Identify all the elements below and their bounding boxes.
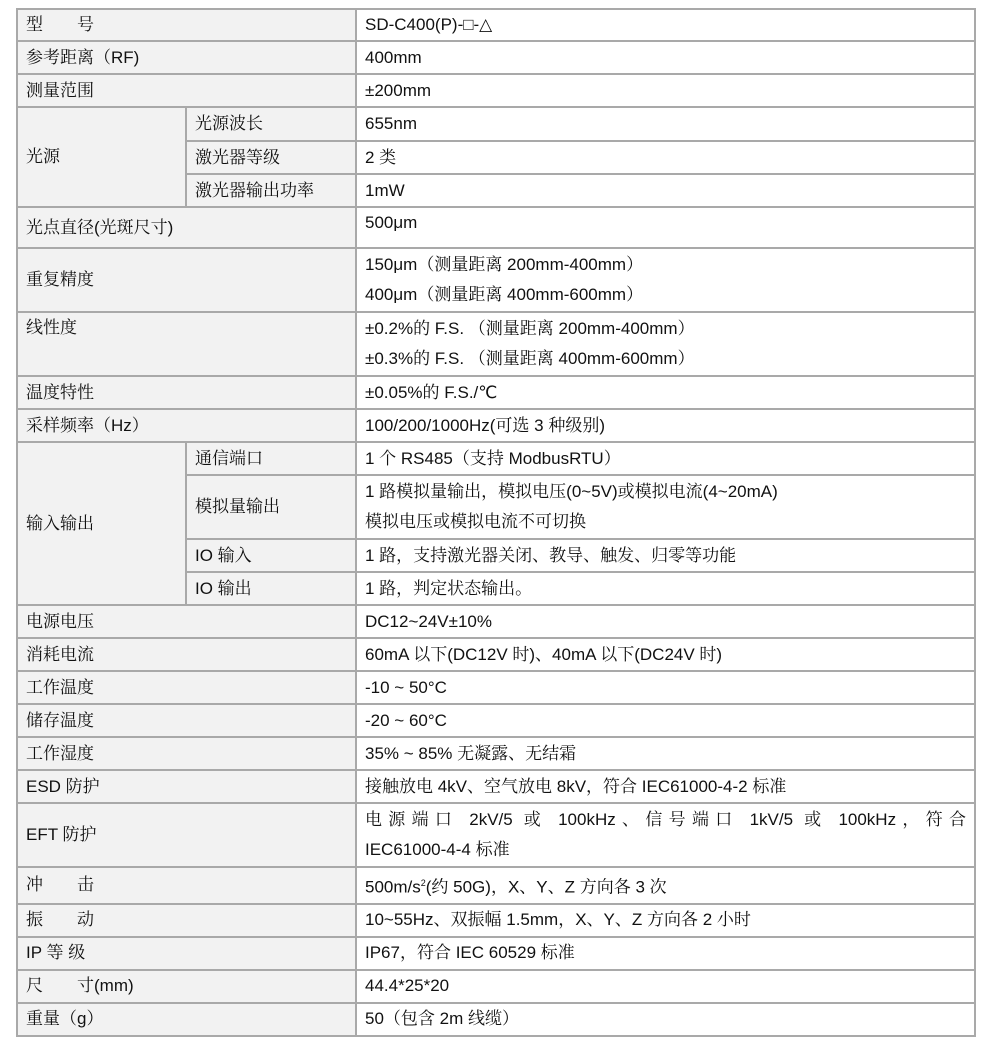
- table-row-operating-humidity: 工作湿度 35% ~ 85% 无凝露、无结霜: [17, 737, 975, 770]
- table-row-supply-voltage: 电源电压 DC12~24V±10%: [17, 605, 975, 638]
- table-row-model: 型 号 SD-C400(P)-□-△: [17, 9, 975, 41]
- table-row-ip-rating: IP 等 级 IP67，符合 IEC 60529 标准: [17, 937, 975, 970]
- table-row-operating-temperature: 工作温度 -10 ~ 50°C: [17, 671, 975, 704]
- label-ip-rating: IP 等 级: [17, 937, 356, 970]
- label-wavelength: 光源波长: [186, 107, 356, 141]
- value-storage-temperature: -20 ~ 60°C: [356, 704, 975, 737]
- value-measuring-range: ±200mm: [356, 74, 975, 107]
- table-row-linearity: 线性度 ±0.2%的 F.S. （测量距离 200mm-400mm） ±0.3%…: [17, 312, 975, 376]
- table-row-light-source-wavelength: 光源 光源波长 655nm: [17, 107, 975, 141]
- label-laser-power: 激光器输出功率: [186, 174, 356, 207]
- table-row-vibration: 振 动 10~55Hz、双振幅 1.5mm，X、Y、Z 方向各 2 小时: [17, 904, 975, 937]
- table-row-sampling-frequency: 采样频率（Hz） 100/200/1000Hz(可选 3 种级别): [17, 409, 975, 442]
- value-analog-output: 1 路模拟量输出，模拟电压(0~5V)或模拟电流(4~20mA) 模拟电压或模拟…: [356, 475, 975, 539]
- label-esd: ESD 防护: [17, 770, 356, 803]
- value-operating-temperature: -10 ~ 50°C: [356, 671, 975, 704]
- value-linearity: ±0.2%的 F.S. （测量距离 200mm-400mm） ±0.3%的 F.…: [356, 312, 975, 376]
- label-analog-output: 模拟量输出: [186, 475, 356, 539]
- label-weight: 重量（g）: [17, 1003, 356, 1036]
- repeatability-line-1: 150μm（测量距离 200mm-400mm）: [365, 250, 966, 280]
- value-shock: 500m/s2(约 50G)，X、Y、Z 方向各 3 次: [356, 867, 975, 904]
- table-row-temperature-characteristic: 温度特性 ±0.05%的 F.S./℃: [17, 376, 975, 409]
- label-supply-voltage: 电源电压: [17, 605, 356, 638]
- value-comm-port: 1 个 RS485（支持 ModbusRTU）: [356, 442, 975, 475]
- table-row-spot-diameter: 光点直径(光斑尺寸) 500μm: [17, 207, 975, 248]
- value-io-input: 1 路，支持激光器关闭、教导、触发、归零等功能: [356, 539, 975, 572]
- label-current-consumption: 消耗电流: [17, 638, 356, 671]
- table-row-measuring-range: 测量范围 ±200mm: [17, 74, 975, 107]
- label-operating-humidity: 工作湿度: [17, 737, 356, 770]
- table-row-repeatability: 重复精度 150μm（测量距离 200mm-400mm） 400μm（测量距离 …: [17, 248, 975, 312]
- value-esd: 接触放电 4kV、空气放电 8kV，符合 IEC61000-4-2 标准: [356, 770, 975, 803]
- linearity-line-1: ±0.2%的 F.S. （测量距离 200mm-400mm）: [365, 314, 966, 344]
- eft-line-2: IEC61000-4-4 标准: [365, 835, 966, 865]
- label-storage-temperature: 储存温度: [17, 704, 356, 737]
- table-row-current-consumption: 消耗电流 60mA 以下(DC12V 时)、40mA 以下(DC24V 时): [17, 638, 975, 671]
- value-weight: 50（包含 2m 线缆）: [356, 1003, 975, 1036]
- analog-output-line-1: 1 路模拟量输出，模拟电压(0~5V)或模拟电流(4~20mA): [365, 477, 966, 507]
- label-model: 型 号: [17, 9, 356, 41]
- label-measuring-range: 测量范围: [17, 74, 356, 107]
- table-row-dimensions: 尺 寸(mm) 44.4*25*20: [17, 970, 975, 1003]
- table-row-shock: 冲 击 500m/s2(约 50G)，X、Y、Z 方向各 3 次: [17, 867, 975, 904]
- label-io-output: IO 输出: [186, 572, 356, 605]
- shock-value-suffix: (约 50G)，X、Y、Z 方向各 3 次: [426, 878, 667, 897]
- table-row-esd: ESD 防护 接触放电 4kV、空气放电 8kV，符合 IEC61000-4-2…: [17, 770, 975, 803]
- value-model: SD-C400(P)-□-△: [356, 9, 975, 41]
- value-reference-distance: 400mm: [356, 41, 975, 74]
- value-temperature-characteristic: ±0.05%的 F.S./℃: [356, 376, 975, 409]
- value-wavelength: 655nm: [356, 107, 975, 141]
- value-supply-voltage: DC12~24V±10%: [356, 605, 975, 638]
- label-spot-diameter: 光点直径(光斑尺寸): [17, 207, 356, 248]
- value-io-output: 1 路，判定状态输出。: [356, 572, 975, 605]
- label-operating-temperature: 工作温度: [17, 671, 356, 704]
- table-row-reference-distance: 参考距离（RF) 400mm: [17, 41, 975, 74]
- value-vibration: 10~55Hz、双振幅 1.5mm，X、Y、Z 方向各 2 小时: [356, 904, 975, 937]
- eft-line-1: 电源端口 2kV/5 或 100kHz、信号端口 1kV/5 或 100kHz，…: [365, 805, 966, 835]
- label-light-source: 光源: [17, 107, 186, 207]
- label-comm-port: 通信端口: [186, 442, 356, 475]
- label-linearity: 线性度: [17, 312, 356, 376]
- value-repeatability: 150μm（测量距离 200mm-400mm） 400μm（测量距离 400mm…: [356, 248, 975, 312]
- value-laser-power: 1mW: [356, 174, 975, 207]
- analog-output-line-2: 模拟电压或模拟电流不可切换: [365, 507, 966, 537]
- shock-value-prefix: 500m/s: [365, 878, 421, 897]
- label-vibration: 振 动: [17, 904, 356, 937]
- label-shock: 冲 击: [17, 867, 356, 904]
- value-eft: 电源端口 2kV/5 或 100kHz、信号端口 1kV/5 或 100kHz，…: [356, 803, 975, 867]
- table-row-comm-port: 输入输出 通信端口 1 个 RS485（支持 ModbusRTU）: [17, 442, 975, 475]
- value-ip-rating: IP67，符合 IEC 60529 标准: [356, 937, 975, 970]
- value-current-consumption: 60mA 以下(DC12V 时)、40mA 以下(DC24V 时): [356, 638, 975, 671]
- table-row-weight: 重量（g） 50（包含 2m 线缆）: [17, 1003, 975, 1036]
- label-sampling-frequency: 采样频率（Hz）: [17, 409, 356, 442]
- label-laser-class: 激光器等级: [186, 141, 356, 174]
- label-io-input: IO 输入: [186, 539, 356, 572]
- value-spot-diameter: 500μm: [356, 207, 975, 248]
- table-row-storage-temperature: 储存温度 -20 ~ 60°C: [17, 704, 975, 737]
- value-operating-humidity: 35% ~ 85% 无凝露、无结霜: [356, 737, 975, 770]
- label-temperature-characteristic: 温度特性: [17, 376, 356, 409]
- repeatability-line-2: 400μm（测量距离 400mm-600mm）: [365, 280, 966, 310]
- label-eft: EFT 防护: [17, 803, 356, 867]
- label-dimensions: 尺 寸(mm): [17, 970, 356, 1003]
- value-sampling-frequency: 100/200/1000Hz(可选 3 种级别): [356, 409, 975, 442]
- label-reference-distance: 参考距离（RF): [17, 41, 356, 74]
- value-laser-class: 2 类: [356, 141, 975, 174]
- label-repeatability: 重复精度: [17, 248, 356, 312]
- table-row-eft: EFT 防护 电源端口 2kV/5 或 100kHz、信号端口 1kV/5 或 …: [17, 803, 975, 867]
- value-dimensions: 44.4*25*20: [356, 970, 975, 1003]
- label-io: 输入输出: [17, 442, 186, 605]
- spec-table: 型 号 SD-C400(P)-□-△ 参考距离（RF) 400mm 测量范围 ±…: [16, 8, 976, 1037]
- linearity-line-2: ±0.3%的 F.S. （测量距离 400mm-600mm）: [365, 344, 966, 374]
